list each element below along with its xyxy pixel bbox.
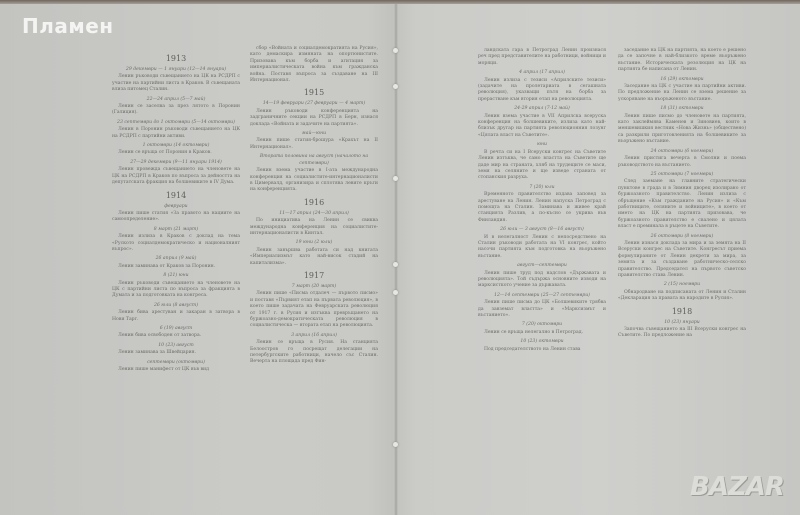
entry-date: 3 април (16 април): [250, 333, 378, 339]
entry-date: 10 (23) януари: [618, 320, 746, 326]
year-heading: 1917: [250, 271, 378, 281]
entry-date: 2 (15) ноември: [618, 282, 746, 288]
entry-date: 27—29 декември (9—11 януари 1914): [112, 160, 240, 166]
entry-text: Обнародване на подписаната от Ленин и Ст…: [618, 290, 746, 303]
entry-date: 12—14 септември (25—27 септември): [478, 293, 606, 299]
entry-date: август—септември: [478, 263, 606, 269]
entry-date: 14—19 февруари (27 февруари — 4 март): [250, 101, 378, 107]
entry-text: Временното правителство издава заповед з…: [478, 192, 606, 224]
entry-text: Ленин излиза с тезиси «Априлските тезиси…: [478, 78, 606, 104]
entry-date: 29 декември — 1 януари (12—14 януари): [112, 67, 240, 73]
entry-date: 26 октомври (8 ноември): [618, 234, 746, 240]
entry-text: По инициатива на Ленин се свиква междуна…: [250, 218, 378, 237]
left-page-column-2: сбор «Войната и социалдемократията на Ру…: [250, 46, 378, 369]
entry-date: 4 април (17 април): [478, 70, 606, 76]
entry-text: Ленин се връща в Русия. На станцията Бел…: [250, 340, 378, 366]
staple-hole: [393, 84, 398, 89]
entry-date: февруари: [112, 204, 240, 210]
entry-text: Ленин се връща нелегално в Петроград.: [478, 330, 606, 336]
entry-text: сбор «Войната и социалдемократията на Ру…: [250, 46, 378, 84]
entry-text: Ленин се връща от Поронин в Краков.: [112, 150, 240, 156]
right-page-column-2: заседание на ЦК на партията, на което е …: [618, 48, 746, 343]
entry-date: 7 (20) октомври: [478, 322, 606, 328]
entry-text: Ленин взема участие в VII Априлска всеру…: [478, 114, 606, 140]
entry-text: След заемане на главните стратегически п…: [618, 179, 746, 230]
entry-text: Започва съвещанието на III Всеруски конг…: [618, 327, 746, 340]
entry-date: май—юни: [250, 131, 378, 137]
entry-text: Ленин пише труд под надслов «Държавата и…: [478, 271, 606, 290]
year-heading: 1918: [618, 307, 746, 317]
entry-text: Ленин изнася доклада за мира и за земята…: [618, 241, 746, 279]
entry-text: Ленин пише писмо до членовете на партият…: [618, 114, 746, 146]
entry-date: 25 октомври (7 ноември): [618, 172, 746, 178]
entry-date: 18 (31) октомври: [618, 106, 746, 112]
entry-date: 1 октомври (14 октомври): [112, 143, 240, 149]
entry-date: Втората половина на август (началото на …: [250, 154, 378, 167]
entry-date: 11—17 април (24—30 април): [250, 211, 378, 217]
year-heading: 1913: [112, 54, 240, 64]
entry-date: 26 юли (8 август): [112, 303, 240, 309]
entry-text: Ленин пише манифест от ЦК във вид: [112, 367, 240, 373]
entry-text: Ленин пише статия «За правото на нациите…: [112, 211, 240, 224]
entry-text: Ленин провежда съвещанието на членовете …: [112, 167, 240, 186]
staple-hole: [393, 442, 398, 447]
entry-text: ландската гара в Петроград Ленин произна…: [478, 48, 606, 67]
entry-date: 19 юни (2 юли): [250, 240, 378, 246]
entry-text: Заседание на ЦК с участие на партийни ак…: [618, 84, 746, 103]
entry-text: Ленин ръководи конференцията на задграни…: [250, 109, 378, 128]
entry-text: Ленин пише «Писма отдалеч — първото писм…: [250, 291, 378, 329]
entry-text: Ленин в Поронин ръководи съвещанието на …: [112, 127, 240, 140]
entry-text: Ленин заминава за Швейцария.: [112, 350, 240, 356]
entry-text: Ленин завършва работата си над книгата «…: [250, 248, 378, 267]
entry-date: 24 октомври (6 ноември): [618, 149, 746, 155]
entry-text: И в нелегалност Ленин с непосредствено н…: [478, 235, 606, 261]
entry-text: Ленин взема участие в I-ата международна…: [250, 168, 378, 194]
entry-date: 26 април (9 май): [112, 256, 240, 262]
year-heading: 1916: [250, 198, 378, 208]
entry-text: Ленин бива освободен от затвора.: [112, 333, 240, 339]
entry-date: 6 (19) август: [112, 326, 240, 332]
entry-text: Ленин ръководи съвещанието на членовете …: [112, 281, 240, 300]
entry-date: септември (октомври): [112, 360, 240, 366]
entry-date: 8 (21) юни: [112, 273, 240, 279]
entry-text: Ленин ръководи съвещанието на ЦК на РСДР…: [112, 74, 240, 93]
entry-date: 7 март (20 март): [250, 284, 378, 290]
entry-date: 26 юли — 3 август (8—16 август): [478, 227, 606, 233]
staple-hole: [393, 48, 398, 53]
entry-date: 7 (20) юли: [478, 185, 606, 191]
left-page-column-1: 191329 декември — 1 януари (12—14 януари…: [112, 50, 240, 376]
entry-date: 10 (23) август: [112, 343, 240, 349]
entry-text: Ленин пристига вечерта в Смолни и поема …: [618, 156, 746, 169]
year-heading: 1914: [112, 191, 240, 201]
entry-date: 16 (29) октомври: [618, 77, 746, 83]
entry-date: 24-29 април (7-12 май): [478, 106, 606, 112]
entry-text: В речта си на I Всеруски конгрес на Съве…: [478, 150, 606, 182]
entry-text: Ленин заминава от Краков за Поронин.: [112, 264, 240, 270]
staple-hole: [393, 290, 398, 295]
entry-text: Ленин пише писма до ЦК «Болшевиките тряб…: [478, 300, 606, 319]
entry-text: заседание на ЦК на партията, на което е …: [618, 48, 746, 74]
entry-text: Ленин излиза в Краков с доклад на тема «…: [112, 234, 240, 253]
bazar-logo: BAZAR: [690, 472, 784, 502]
entry-date: 22—24 април (5—7 май): [112, 97, 240, 103]
entry-text: Ленин се заселва за през лятото в Порони…: [112, 104, 240, 117]
staple-hole: [393, 176, 398, 181]
year-heading: 1915: [250, 88, 378, 98]
staple-hole: [393, 262, 398, 267]
seller-watermark: Пламен: [22, 14, 114, 38]
book-gutter: [394, 4, 398, 515]
entry-date: 23 септември до 1 октомври (5—14 октомвр…: [112, 120, 240, 126]
entry-date: юни: [478, 142, 606, 148]
entry-text: Ленин бива арестуван и закаран в затвора…: [112, 310, 240, 323]
entry-text: Под председателството на Ленин става: [478, 347, 606, 353]
right-page-column-1: ландската гара в Петроград Ленин произна…: [478, 48, 606, 356]
entry-text: Ленин пише статия-брошура «Крахът на II …: [250, 138, 378, 151]
entry-date: 10 (23) октомври: [478, 339, 606, 345]
entry-date: 8 март (21 март): [112, 227, 240, 233]
